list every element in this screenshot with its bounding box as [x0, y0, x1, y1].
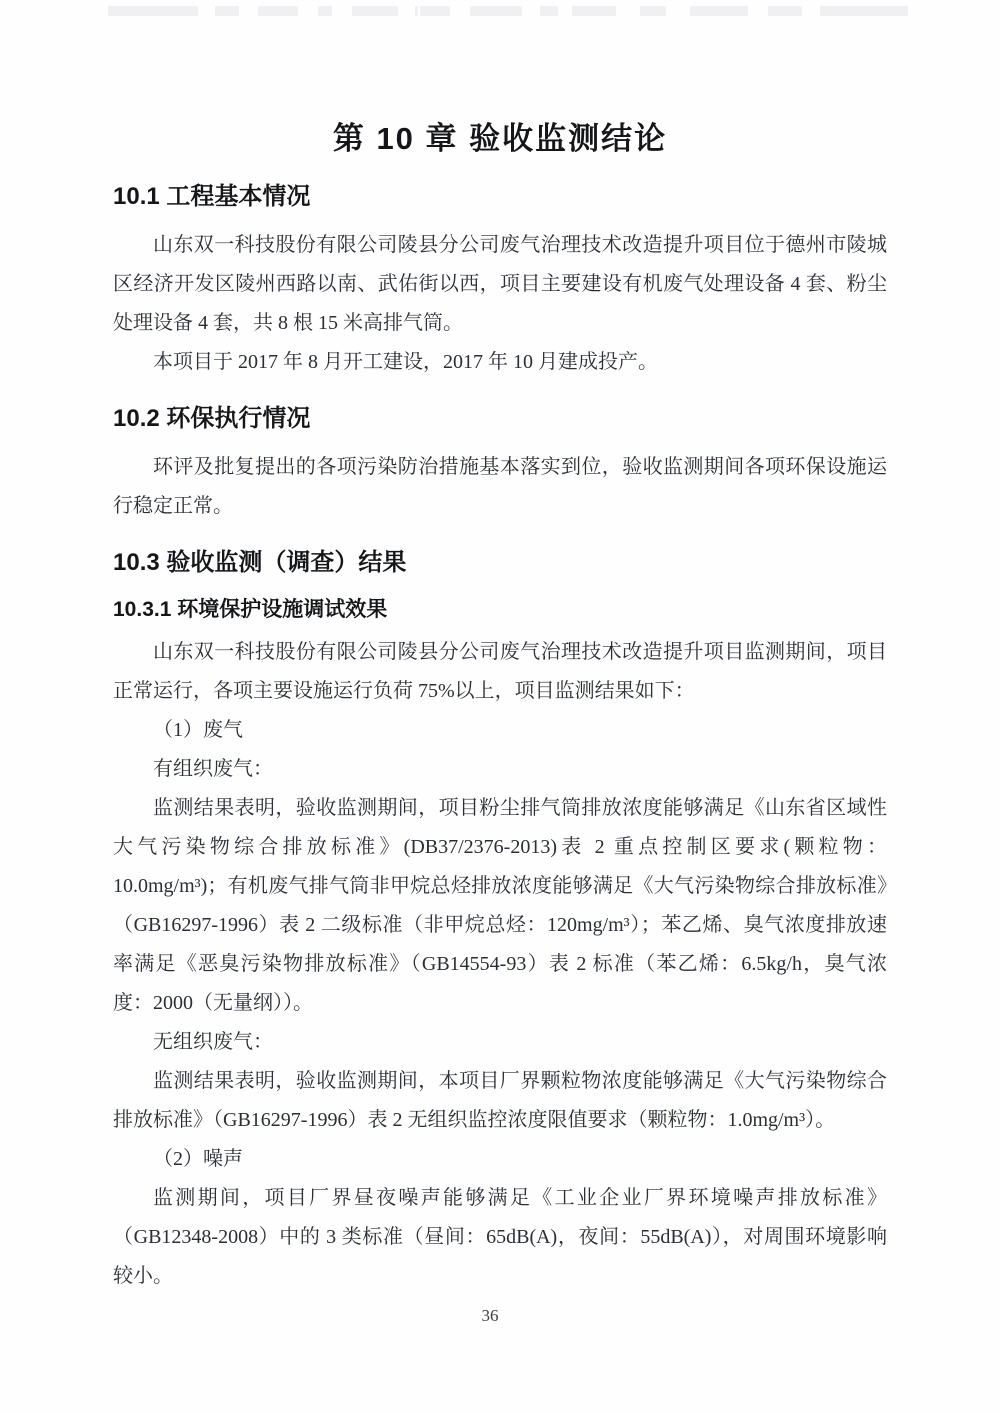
label-organized-waste-gas: 有组织废气： [113, 750, 887, 789]
paragraph-unorganized-waste-gas-results: 监测结果表明，验收监测期间，本项目厂界颗粒物浓度能够满足《大气污染物综合排放标准… [113, 1062, 887, 1140]
paragraph-noise-results: 监测期间，项目厂界昼夜噪声能够满足《工业企业厂界环境噪声排放标准》（GB1234… [113, 1179, 887, 1296]
scanned-document-page: 第 10 章 验收监测结论 10.1 工程基本情况 山东双一科技股份有限公司陵县… [0, 0, 1000, 1413]
paragraph-project-schedule: 本项目于 2017 年 8 月开工建设，2017 年 10 月建成投产。 [113, 343, 887, 382]
document-body: 第 10 章 验收监测结论 10.1 工程基本情况 山东双一科技股份有限公司陵县… [0, 0, 1000, 1296]
list-item-1-waste-gas: （1）废气 [113, 711, 887, 750]
section-heading-10-2: 10.2 环保执行情况 [113, 404, 887, 434]
paragraph-compliance: 环评及批复提出的各项污染防治措施基本落实到位，验收监测期间各项环保设施运行稳定正… [113, 448, 887, 526]
section-heading-10-1: 10.1 工程基本情况 [113, 182, 887, 212]
paragraph-organized-waste-gas-results: 监测结果表明，验收监测期间，项目粉尘排气筒排放浓度能够满足《山东省区域性大气污染… [113, 789, 887, 1023]
label-unorganized-waste-gas: 无组织废气： [113, 1023, 887, 1062]
chapter-title: 第 10 章 验收监测结论 [113, 118, 887, 160]
paragraph-monitoring-intro: 山东双一科技股份有限公司陵县分公司废气治理技术改造提升项目监测期间，项目正常运行… [113, 633, 887, 711]
section-heading-10-3: 10.3 验收监测（调查）结果 [113, 548, 887, 578]
page-number: 36 [0, 1306, 980, 1326]
list-item-2-noise: （2）噪声 [113, 1140, 887, 1179]
paragraph-project-overview: 山东双一科技股份有限公司陵县分公司废气治理技术改造提升项目位于德州市陵城区经济开… [113, 226, 887, 343]
subsection-heading-10-3-1: 10.3.1 环境保护设施调试效果 [113, 596, 887, 623]
